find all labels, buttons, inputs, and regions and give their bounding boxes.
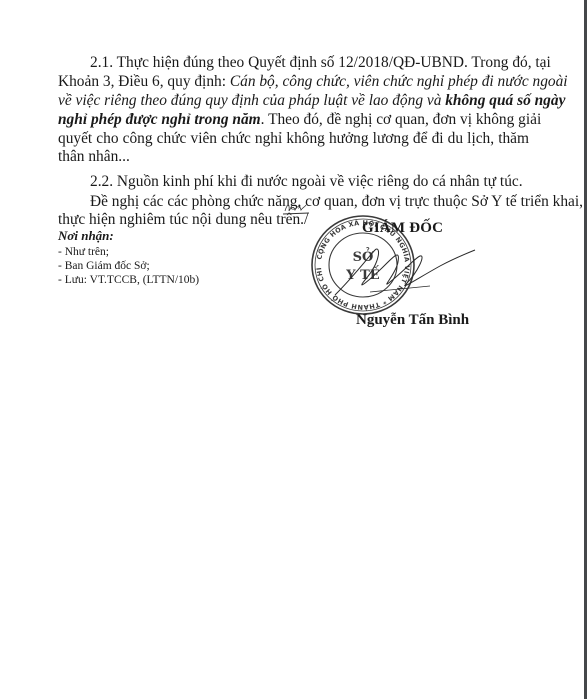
text: thực hiện nghiêm túc nội dung nêu trên./ (58, 211, 308, 228)
recipient-item: - Lưu: VT.TCCB, (LTTN/10b) (58, 273, 199, 287)
paragraph-2-1-line-4: nghỉ phép được nghỉ trong năm. Theo đó, … (58, 110, 529, 129)
recipient-item: - Ban Giám đốc Sở; (58, 259, 150, 273)
recipients-title: Nơi nhận: (58, 228, 114, 244)
paragraph-2-1-line-1: 2.1. Thực hiện đúng theo Quyết định số 1… (90, 53, 529, 72)
text: 2.2. Nguồn kinh phí khi đi nước ngoài về… (90, 173, 523, 190)
initials-mark-icon (281, 201, 311, 217)
paragraph-2-2: 2.2. Nguồn kinh phí khi đi nước ngoài về… (90, 172, 529, 191)
text: quyết cho công chức viên chức nghỉ không… (58, 130, 529, 147)
bold-quote: nghỉ phép được nghỉ trong năm (58, 111, 261, 128)
bold-quote: không quá số ngày (445, 92, 565, 109)
signer-title: GIÁM ĐỐC (362, 220, 443, 237)
paragraph-2-1-line-6: thân nhân... (58, 147, 529, 166)
paragraph-2-1-line-5: quyết cho công chức viên chức nghỉ không… (58, 129, 529, 148)
paragraph-2-1-line-2: Khoản 3, Điều 6, quy định: Cán bộ, công … (58, 72, 529, 91)
document-page: 2.1. Thực hiện đúng theo Quyết định số 1… (0, 0, 584, 699)
italic-quote: về việc riêng theo đúng quy định của phá… (58, 92, 445, 109)
paragraph-2-1-line-3: về việc riêng theo đúng quy định của phá… (58, 91, 529, 110)
text: Khoản 3, Điều 6, quy định: (58, 73, 230, 90)
signer-name: Nguyễn Tấn Bình (356, 312, 469, 329)
handwritten-signature-icon (330, 240, 480, 300)
recipient-item: - Như trên; (58, 245, 109, 259)
text: 2.1. Thực hiện đúng theo Quyết định số 1… (90, 54, 551, 71)
italic-quote: Cán bộ, công chức, viên chức nghỉ phép đ… (230, 73, 568, 90)
text: . Theo đó, đề nghị cơ quan, đơn vị không… (261, 111, 542, 128)
text: Đề nghị các các phòng chức năng, cơ quan… (90, 193, 583, 210)
text: thân nhân... (58, 148, 130, 165)
